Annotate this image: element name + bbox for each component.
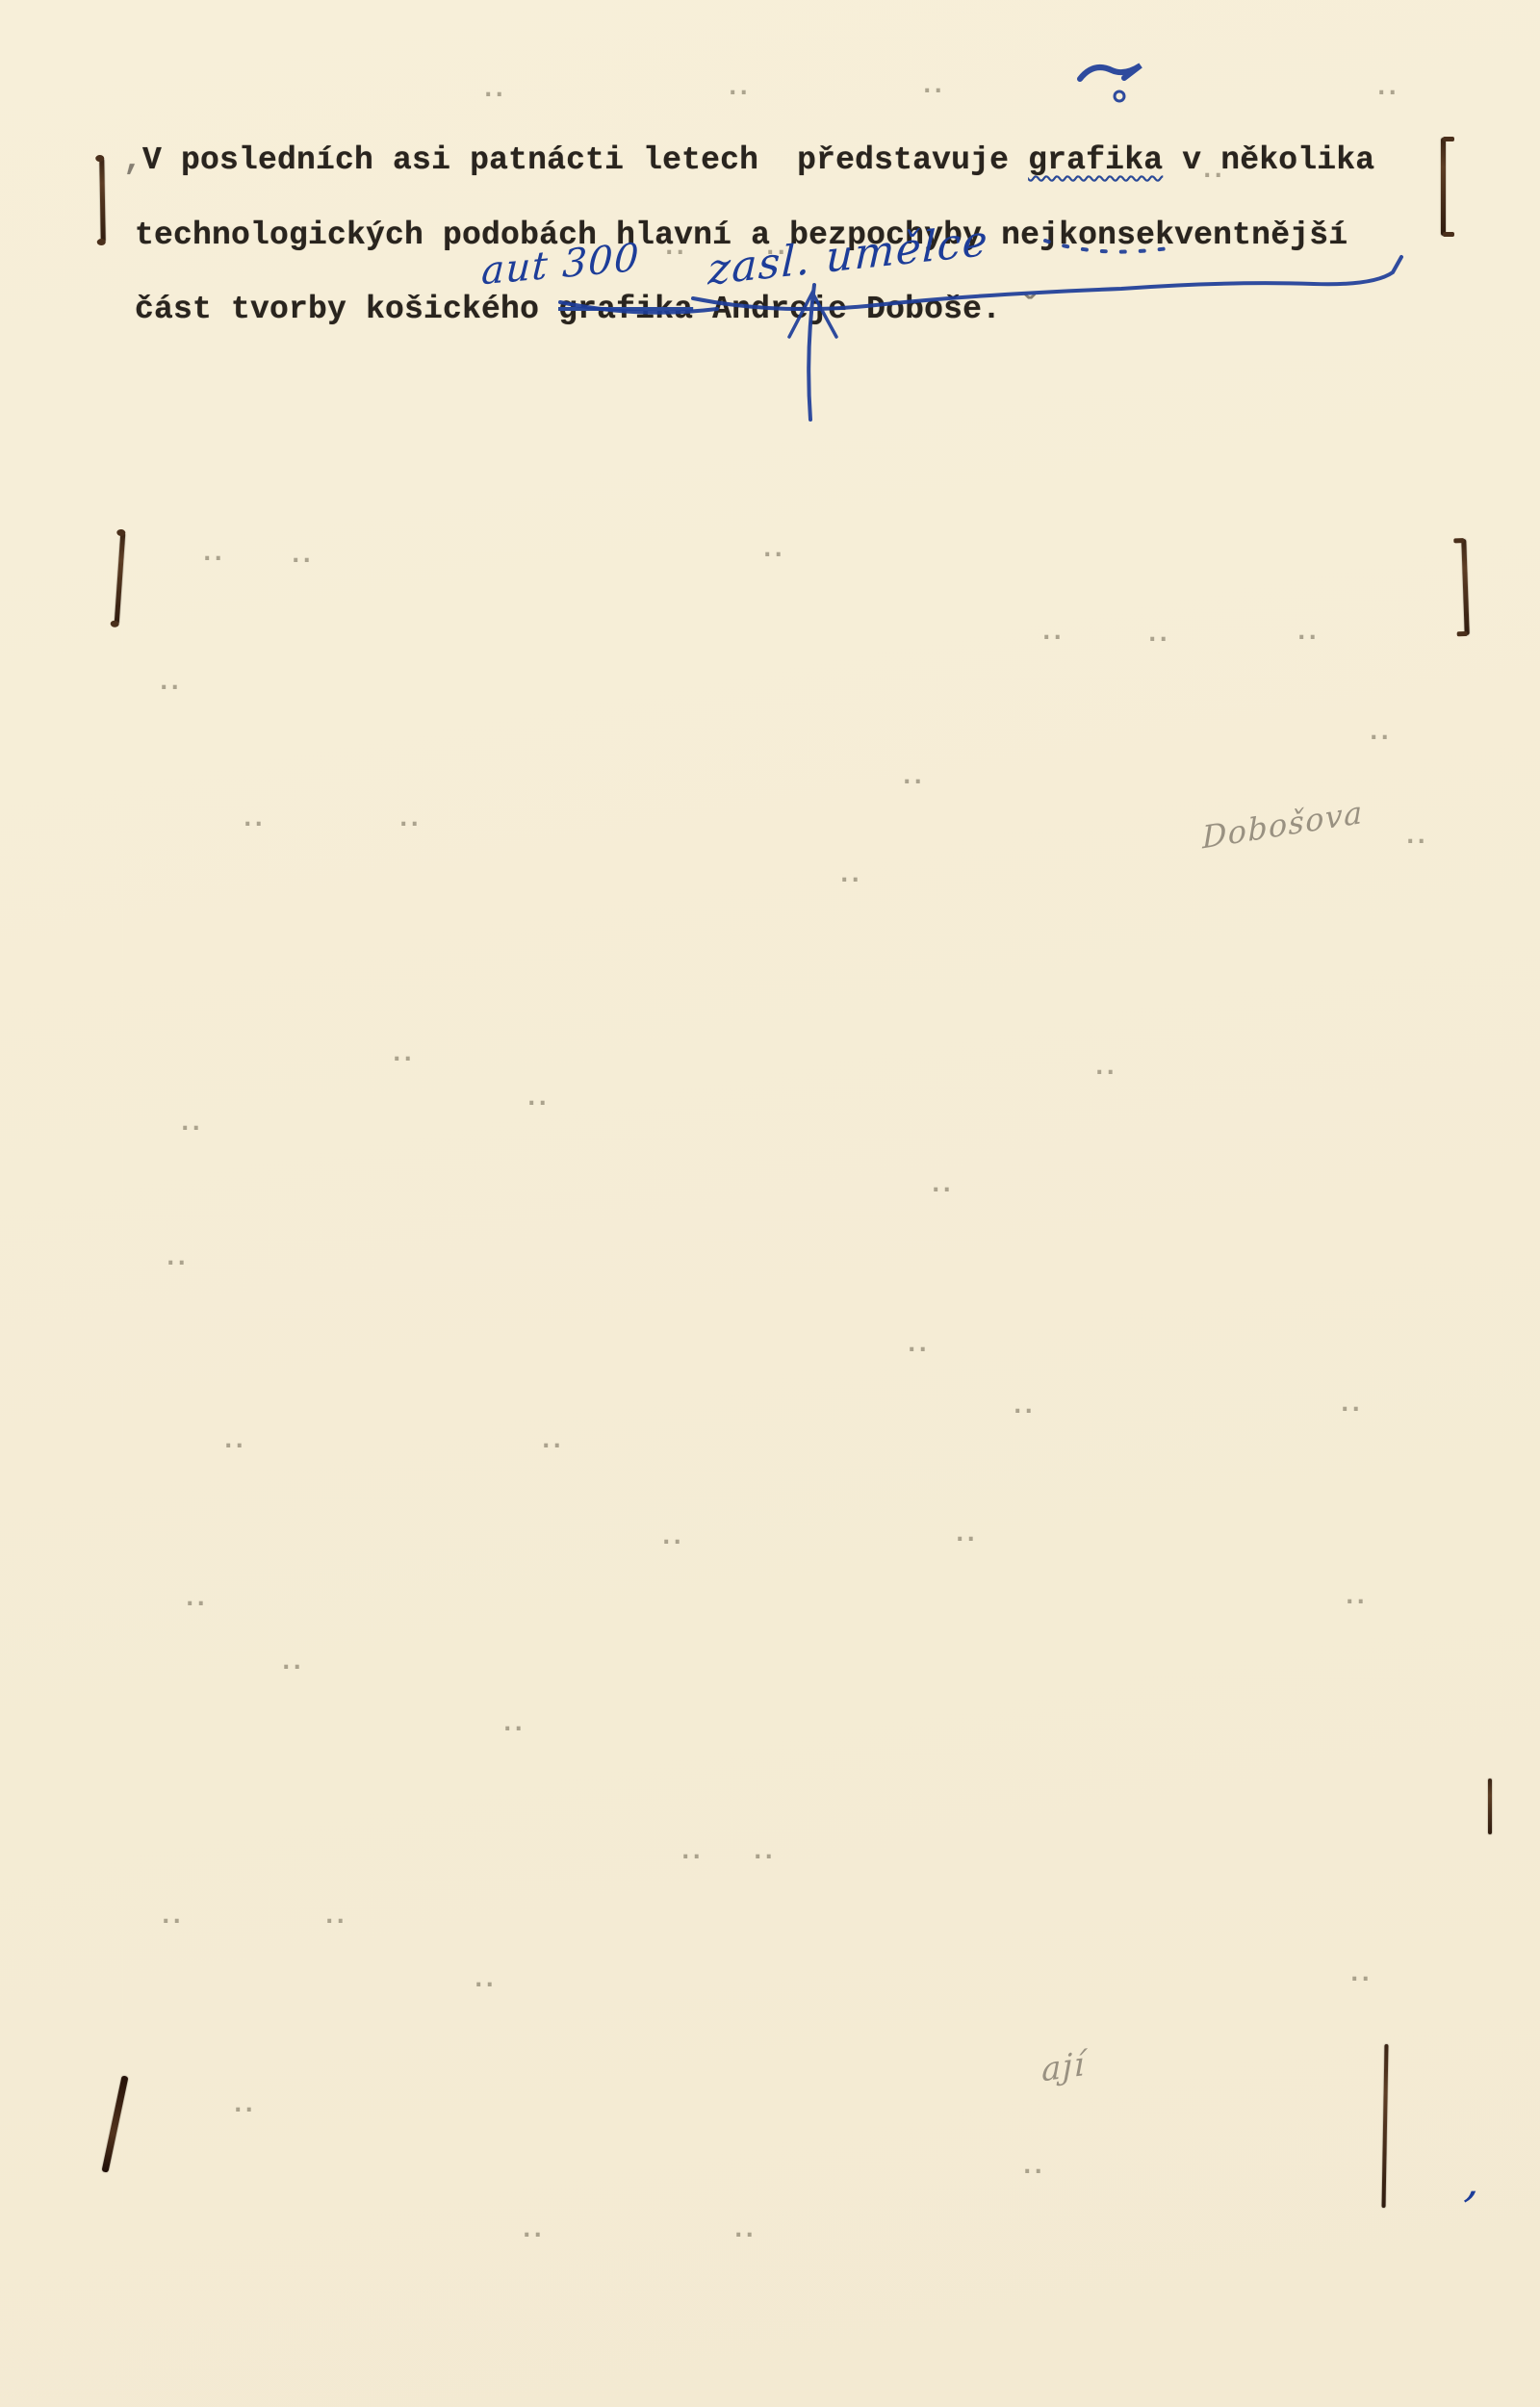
typed-text: , [123,142,142,178]
typed-text: V posledních asi patnácti letech předsta… [142,142,1028,178]
typed-text: grafika [1028,142,1163,178]
pasted-slip-top-paragraph: ,V posledních asi patnácti letech předst… [0,0,1540,2407]
typed-text: grafika [558,292,693,327]
typed-line: technologických podobách hlavní a bezpoc… [135,218,1347,253]
typed-text: v několika [1163,142,1374,178]
scanned-typescript-page: jak to odpovídá angažované figurativní p… [0,0,1540,2407]
typed-text: technologických podobách hlavní a bezpoc… [135,218,1347,253]
typed-text: část tvorby košického [135,292,558,327]
typed-line: ,V posledních asi patnácti letech předst… [123,142,1374,178]
typed-text: ˇ [1020,292,1039,327]
typed-text: Andreje Doboše. [693,292,1020,327]
typed-line: část tvorby košického grafika Andreje Do… [135,292,1039,327]
